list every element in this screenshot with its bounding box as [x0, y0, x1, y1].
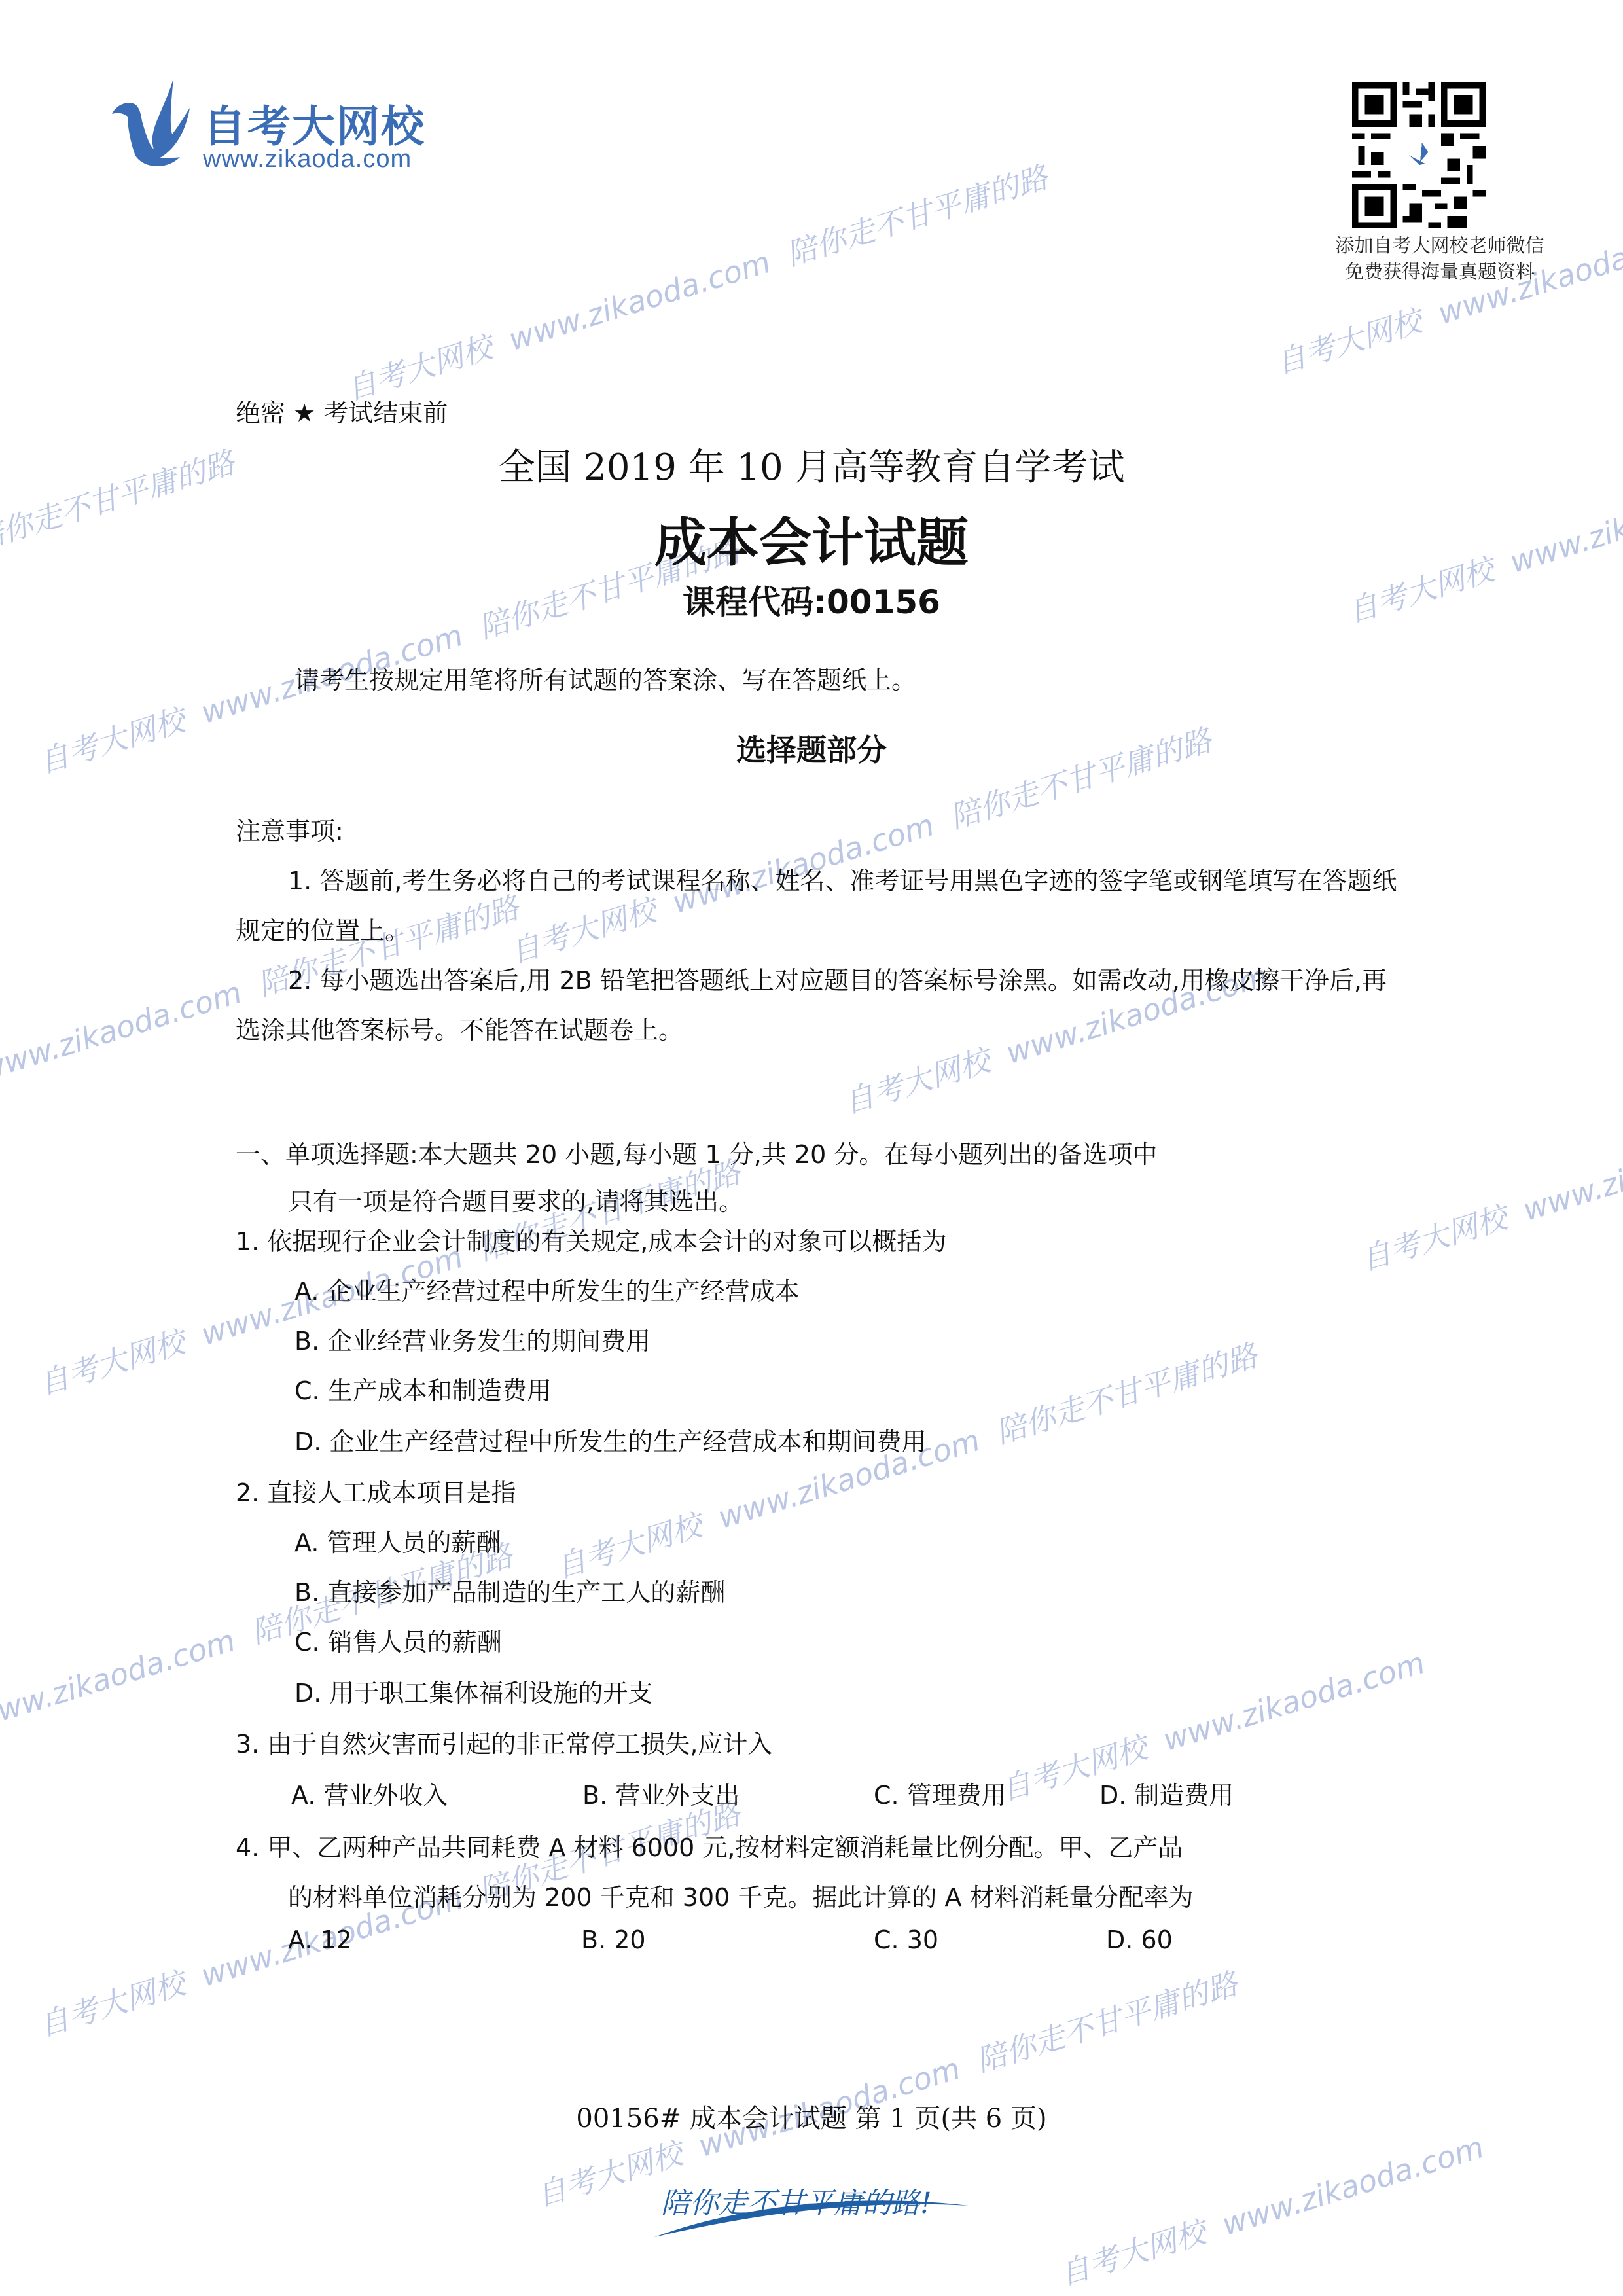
brand-url: www.zikaoda.com [203, 145, 412, 173]
exam-title: 成本会计试题 [0, 501, 1623, 576]
question-option: B. 直接参加产品制造的生产工人的薪酬 [294, 1572, 725, 1608]
question-option: C. 管理费用 [874, 1775, 1007, 1811]
question-stem: 3. 由于自然灾害而引起的非正常停工损失,应计入 [236, 1724, 772, 1760]
confidential-label: 绝密 ★ 考试结束前 [236, 393, 448, 429]
question-option: D. 制造费用 [1099, 1775, 1234, 1811]
answer-instruction: 请考生按规定用笔将所有试题的答案涂、写在答题纸上。 [294, 660, 916, 696]
note-item: 2. 每小题选出答案后,用 2B 铅笔把答题纸上对应题目的答案标号涂黑。如需改动… [236, 956, 1407, 1055]
bird-logo-icon [108, 72, 193, 170]
notes-block: 注意事项: 1. 答题前,考生务必将自己的考试课程名称、姓名、准考证号用黑色字迹… [236, 806, 1407, 1055]
question-option: B. 20 [581, 1926, 646, 1954]
question-stem-continued: 的材料单位消耗分别为 200 千克和 300 千克。据此计算的 A 材料消耗量分… [288, 1877, 1194, 1913]
question-option: D. 60 [1106, 1926, 1173, 1954]
brand-logo-block: 自考大网校 www.zikaoda.com [108, 72, 474, 170]
watermark: 自考大网校 www.zikaoda.com [1054, 2123, 1488, 2293]
slogan-text: 陪你走不甘平庸的路! [661, 2179, 932, 2221]
watermark: 自考大网校 www.zikaoda.com 陪你走不甘平庸的路 [530, 1960, 1242, 2215]
question-option: D. 用于职工集体福利设施的开支 [294, 1673, 652, 1709]
question-option: D. 企业生产经营过程中所发生的生产经营成本和期间费用 [294, 1422, 926, 1458]
exam-name: 全国 2019 年 10 月高等教育自学考试 [0, 439, 1623, 491]
question-option: B. 营业外支出 [582, 1775, 740, 1811]
question-option: C. 销售人员的薪酬 [294, 1622, 502, 1658]
question-option: A. 企业生产经营过程中所发生的生产经营成本 [294, 1271, 800, 1307]
notes-heading: 注意事项: [236, 806, 1407, 856]
question-option: A. 营业外收入 [291, 1775, 448, 1811]
watermark: 自考大网校 www.zikaoda.com 陪你走不甘平庸的路 [550, 1332, 1262, 1587]
question-stem: 1. 依据现行企业会计制度的有关规定,成本会计的对象可以概括为 [236, 1221, 946, 1257]
course-code: 课程代码:00156 [0, 576, 1623, 623]
qr-code [1352, 82, 1486, 229]
slogan-banner: 陪你走不甘平庸的路! [641, 2179, 982, 2238]
note-item: 1. 答题前,考生务必将自己的考试课程名称、姓名、准考证号用黑色字迹的签字笔或钢… [236, 856, 1407, 956]
page-footer: 00156# 成本会计试题 第 1 页(共 6 页) [0, 2098, 1623, 2135]
brand-name: 自考大网校 [203, 92, 425, 154]
question-option: C. 30 [874, 1926, 938, 1954]
question-option: A. 12 [288, 1926, 352, 1954]
section-title: 选择题部分 [0, 726, 1623, 770]
part-heading: 一、单项选择题:本大题共 20 小题,每小题 1 分,共 20 分。在每小题列出… [236, 1131, 1400, 1225]
watermark: 自考大网校 www.zikaoda.com 陪你走不甘平庸的路 [340, 154, 1052, 409]
question-stem: 4. 甲、乙两种产品共同耗费 A 材料 6000 元,按材料定额消耗量比例分配。… [236, 1827, 1183, 1863]
qr-caption: 添加自考大网校老师微信 免费获得海量真题资料 [1302, 232, 1577, 285]
question-option: C. 生产成本和制造费用 [294, 1371, 552, 1407]
question-option: A. 管理人员的薪酬 [294, 1522, 501, 1558]
question-stem: 2. 直接人工成本项目是指 [236, 1473, 516, 1509]
question-option: B. 企业经营业务发生的期间费用 [294, 1321, 651, 1357]
qr-code-icon [1352, 82, 1486, 229]
